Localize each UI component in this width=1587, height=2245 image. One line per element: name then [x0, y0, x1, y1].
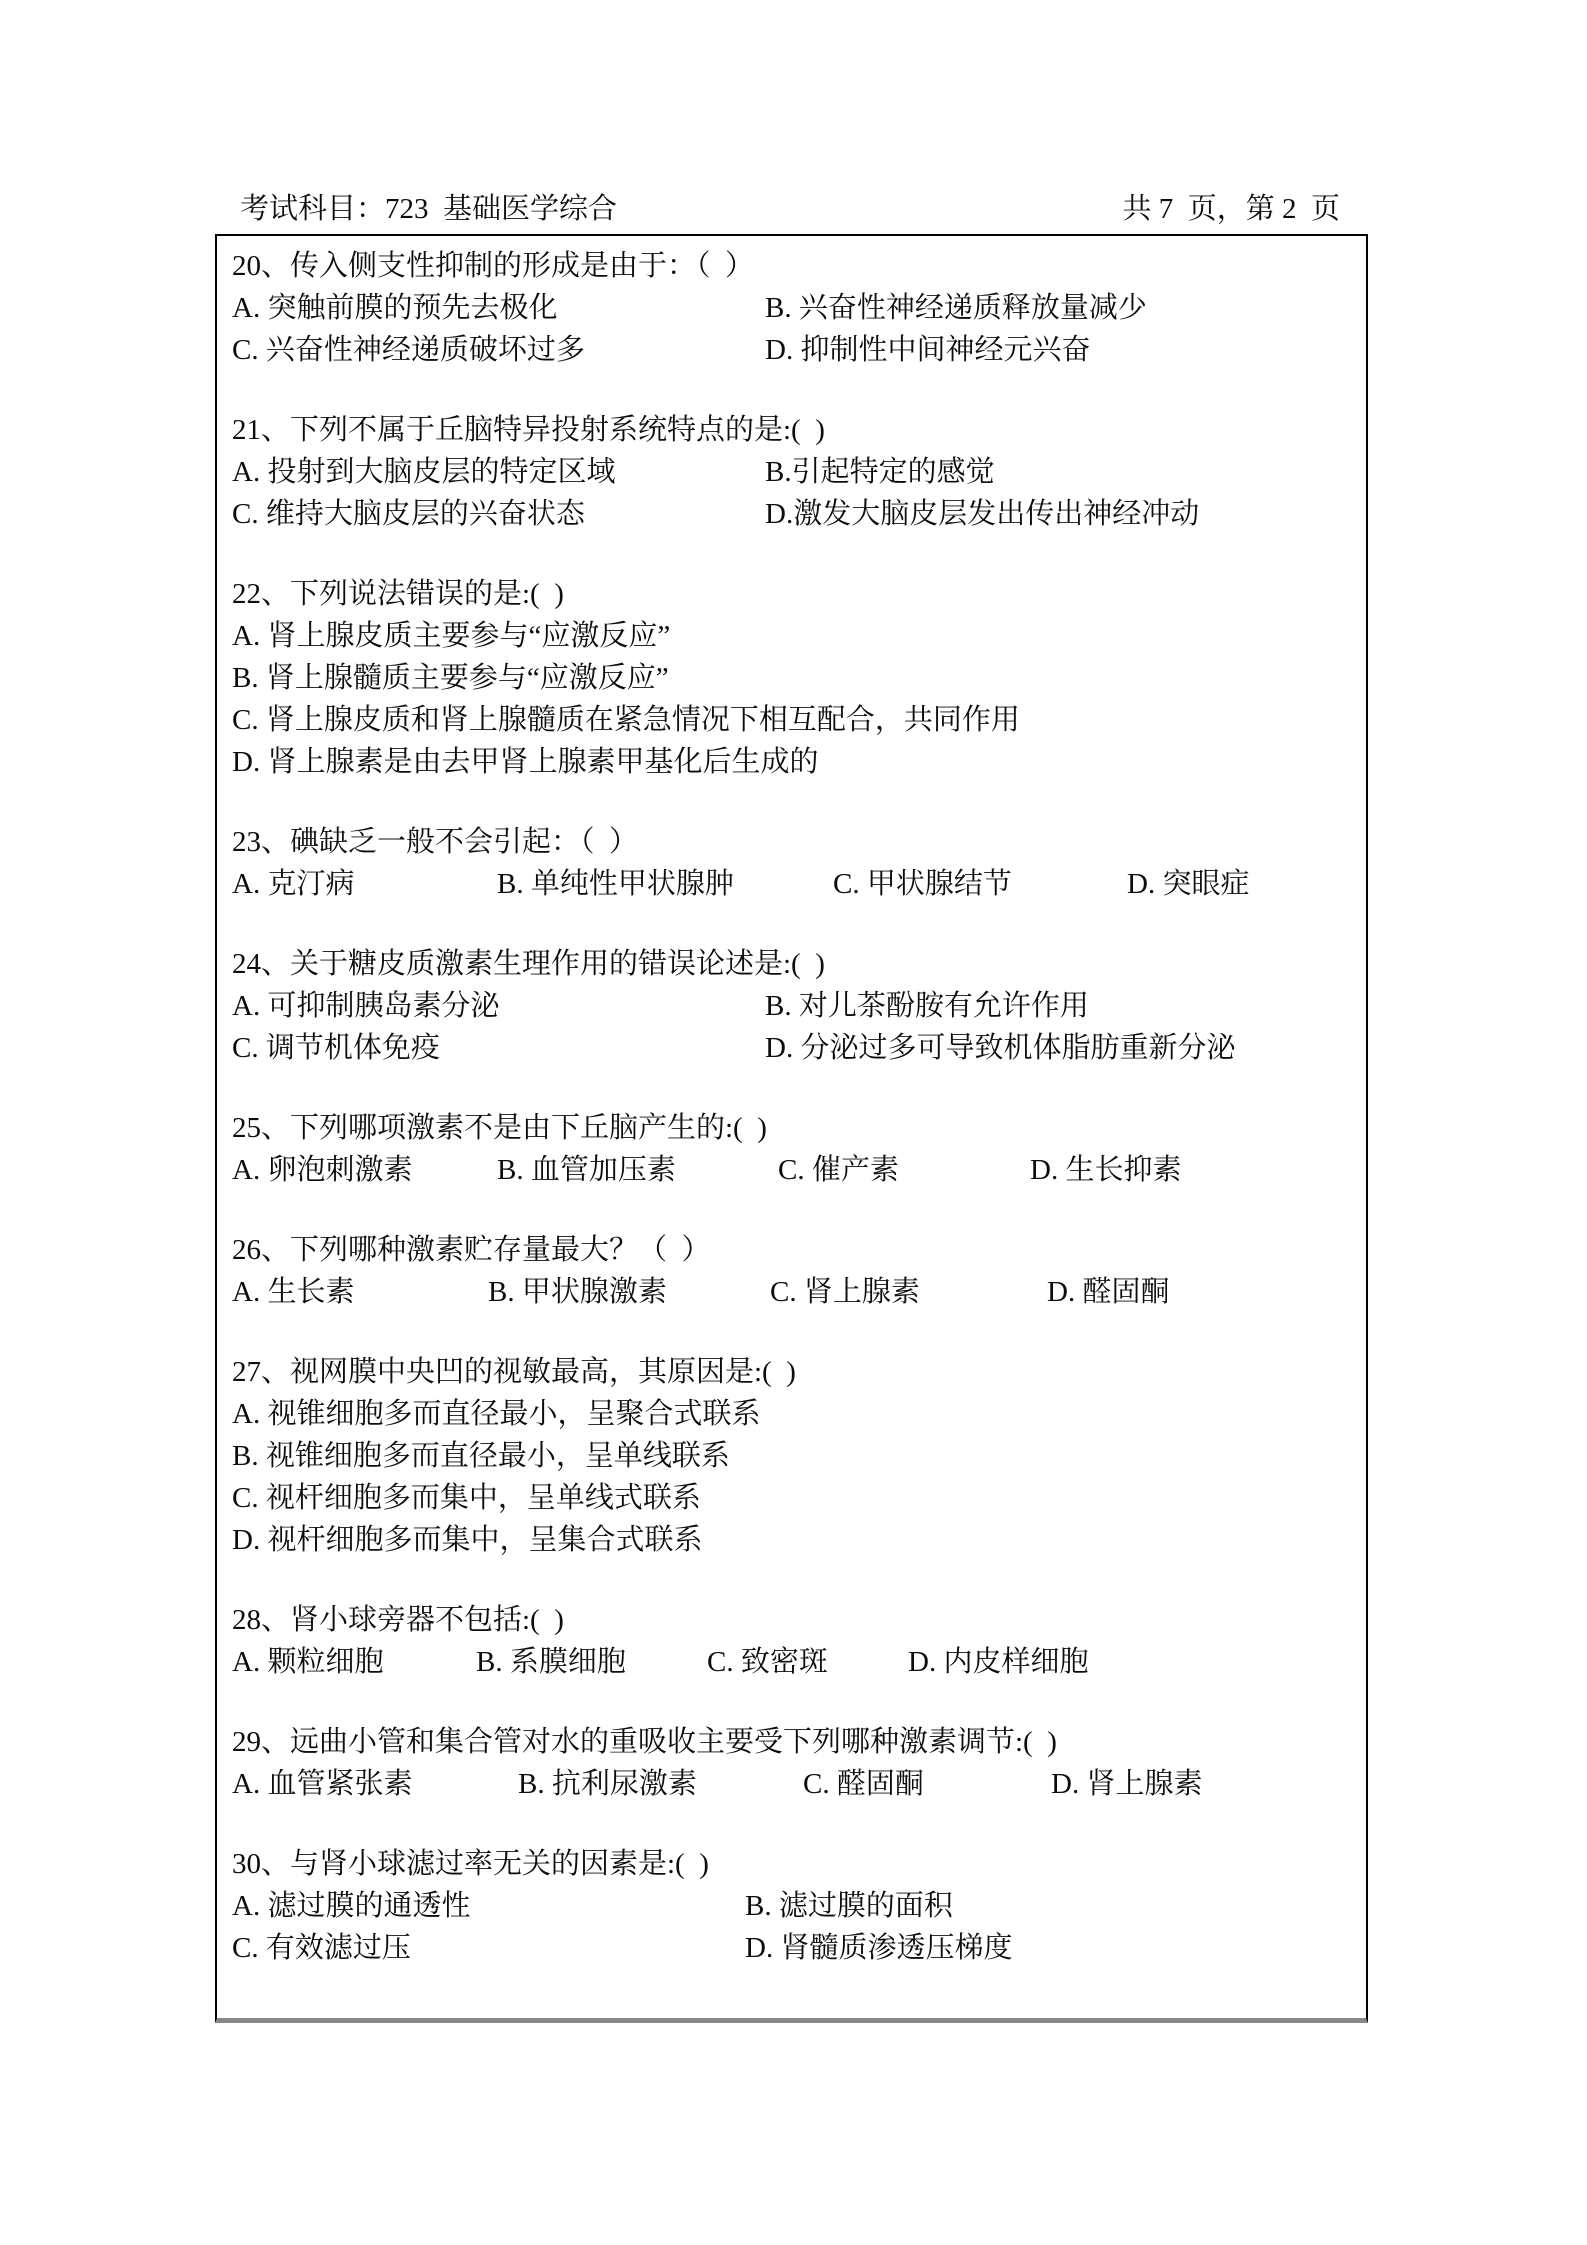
question-27-option-a: A. 视锥细胞多而直径最小，呈聚合式联系 — [217, 1393, 1366, 1435]
question-25-option-c: C. 催产素 — [778, 1149, 899, 1191]
question-26-option-b: B. 甲状腺激素 — [488, 1271, 667, 1313]
question-27-option-c: C. 视杆细胞多而集中，呈单线式联系 — [217, 1477, 1366, 1519]
question-23-option-d: D. 突眼症 — [1127, 863, 1249, 905]
question-30-stem: 30、与肾小球滤过率无关的因素是:( ) — [217, 1843, 1366, 1885]
question-21-options-row-2: C. 维持大脑皮层的兴奋状态 D.激发大脑皮层发出传出神经冲动 — [217, 493, 1366, 535]
question-27: 27、视网膜中央凹的视敏最高，其原因是:( ) A. 视锥细胞多而直径最小，呈聚… — [217, 1351, 1366, 1561]
question-26: 26、下列哪种激素贮存量最大？（ ） A. 生长素 B. 甲状腺激素 C. 肾上… — [217, 1229, 1366, 1313]
question-30-option-c: C. 有效滤过压 — [232, 1927, 411, 1969]
question-25: 25、下列哪项激素不是由下丘脑产生的:( ) A. 卵泡刺激素 B. 血管加压素… — [217, 1107, 1366, 1191]
question-25-options-row: A. 卵泡刺激素 B. 血管加压素 C. 催产素 D. 生长抑素 — [217, 1149, 1366, 1191]
question-28-option-c: C. 致密斑 — [707, 1641, 828, 1683]
question-29: 29、远曲小管和集合管对水的重吸收主要受下列哪种激素调节:( ) A. 血管紧张… — [217, 1721, 1366, 1805]
question-20-option-a: A. 突触前膜的预先去极化 — [232, 287, 557, 329]
exam-page: 考试科目：723 基础医学综合 共 7 页，第 2 页 20、传入侧支性抑制的形… — [0, 0, 1587, 2245]
question-22-option-b: B. 肾上腺髓质主要参与“应激反应” — [217, 657, 1366, 699]
question-21-options-row-1: A. 投射到大脑皮层的特定区域 B.引起特定的感觉 — [217, 451, 1366, 493]
question-23-option-b: B. 单纯性甲状腺肿 — [497, 863, 734, 905]
question-27-option-d: D. 视杆细胞多而集中，呈集合式联系 — [217, 1519, 1366, 1561]
question-29-stem: 29、远曲小管和集合管对水的重吸收主要受下列哪种激素调节:( ) — [217, 1721, 1366, 1763]
question-26-option-c: C. 肾上腺素 — [770, 1271, 920, 1313]
question-23-option-c: C. 甲状腺结节 — [833, 863, 1012, 905]
question-28-stem: 28、肾小球旁器不包括:( ) — [217, 1599, 1366, 1641]
question-30-option-b: B. 滤过膜的面积 — [745, 1885, 953, 1927]
question-22-stem: 22、下列说法错误的是:( ) — [217, 573, 1366, 615]
question-23-stem: 23、碘缺乏一般不会引起：（ ） — [217, 821, 1366, 863]
question-21-option-a: A. 投射到大脑皮层的特定区域 — [232, 451, 615, 493]
question-24-option-c: C. 调节机体免疫 — [232, 1027, 440, 1069]
question-28-options-row: A. 颗粒细胞 B. 系膜细胞 C. 致密斑 D. 内皮样细胞 — [217, 1641, 1366, 1683]
question-23-option-a: A. 克汀病 — [232, 863, 354, 905]
question-20-options-row-2: C. 兴奋性神经递质破坏过多 D. 抑制性中间神经元兴奋 — [217, 329, 1366, 371]
question-29-option-b: B. 抗利尿激素 — [518, 1763, 697, 1805]
question-30-option-a: A. 滤过膜的通透性 — [232, 1885, 470, 1927]
question-21-option-d: D.激发大脑皮层发出传出神经冲动 — [765, 493, 1199, 535]
question-24-options-row-1: A. 可抑制胰岛素分泌 B. 对儿茶酚胺有允许作用 — [217, 985, 1366, 1027]
question-20: 20、传入侧支性抑制的形成是由于：（ ） A. 突触前膜的预先去极化 B. 兴奋… — [217, 245, 1366, 371]
question-24: 24、关于糖皮质激素生理作用的错误论述是:( ) A. 可抑制胰岛素分泌 B. … — [217, 943, 1366, 1069]
question-29-option-d: D. 肾上腺素 — [1051, 1763, 1202, 1805]
question-24-stem: 24、关于糖皮质激素生理作用的错误论述是:( ) — [217, 943, 1366, 985]
question-24-option-b: B. 对儿茶酚胺有允许作用 — [765, 985, 1089, 1027]
question-29-option-a: A. 血管紧张素 — [232, 1763, 412, 1805]
question-30-options-row-2: C. 有效滤过压 D. 肾髓质渗透压梯度 — [217, 1927, 1366, 1969]
question-24-option-a: A. 可抑制胰岛素分泌 — [232, 985, 499, 1027]
question-21-option-c: C. 维持大脑皮层的兴奋状态 — [232, 493, 585, 535]
question-28-option-d: D. 内皮样细胞 — [908, 1641, 1088, 1683]
page-number-label: 共 7 页，第 2 页 — [1122, 191, 1340, 227]
question-27-stem: 27、视网膜中央凹的视敏最高，其原因是:( ) — [217, 1351, 1366, 1393]
question-23: 23、碘缺乏一般不会引起：（ ） A. 克汀病 B. 单纯性甲状腺肿 C. 甲状… — [217, 821, 1366, 905]
question-22: 22、下列说法错误的是:( ) A. 肾上腺皮质主要参与“应激反应” B. 肾上… — [217, 573, 1366, 783]
question-30: 30、与肾小球滤过率无关的因素是:( ) A. 滤过膜的通透性 B. 滤过膜的面… — [217, 1843, 1366, 1969]
question-30-options-row-1: A. 滤过膜的通透性 B. 滤过膜的面积 — [217, 1885, 1366, 1927]
exam-content-box: 20、传入侧支性抑制的形成是由于：（ ） A. 突触前膜的预先去极化 B. 兴奋… — [215, 234, 1368, 2023]
question-22-option-c: C. 肾上腺皮质和肾上腺髓质在紧急情况下相互配合，共同作用 — [217, 699, 1366, 741]
question-29-options-row: A. 血管紧张素 B. 抗利尿激素 C. 醛固酮 D. 肾上腺素 — [217, 1763, 1366, 1805]
question-21-stem: 21、下列不属于丘脑特异投射系统特点的是:( ) — [217, 409, 1366, 451]
question-22-option-a: A. 肾上腺皮质主要参与“应激反应” — [217, 615, 1366, 657]
question-29-option-c: C. 醛固酮 — [803, 1763, 924, 1805]
question-20-options-row-1: A. 突触前膜的预先去极化 B. 兴奋性神经递质释放量减少 — [217, 287, 1366, 329]
question-26-stem: 26、下列哪种激素贮存量最大？（ ） — [217, 1229, 1366, 1271]
question-28-option-b: B. 系膜细胞 — [476, 1641, 626, 1683]
question-24-option-d: D. 分泌过多可导致机体脂肪重新分泌 — [765, 1027, 1235, 1069]
question-21: 21、下列不属于丘脑特异投射系统特点的是:( ) A. 投射到大脑皮层的特定区域… — [217, 409, 1366, 535]
question-25-option-b: B. 血管加压素 — [497, 1149, 676, 1191]
question-20-option-d: D. 抑制性中间神经元兴奋 — [765, 329, 1090, 371]
question-22-option-d: D. 肾上腺素是由去甲肾上腺素甲基化后生成的 — [217, 741, 1366, 783]
question-20-stem: 20、传入侧支性抑制的形成是由于：（ ） — [217, 245, 1366, 287]
question-20-option-c: C. 兴奋性神经递质破坏过多 — [232, 329, 585, 371]
question-28-option-a: A. 颗粒细胞 — [232, 1641, 383, 1683]
question-24-options-row-2: C. 调节机体免疫 D. 分泌过多可导致机体脂肪重新分泌 — [217, 1027, 1366, 1069]
exam-subject-label: 考试科目：723 基础医学综合 — [240, 191, 617, 227]
question-23-options-row: A. 克汀病 B. 单纯性甲状腺肿 C. 甲状腺结节 D. 突眼症 — [217, 863, 1366, 905]
question-25-option-a: A. 卵泡刺激素 — [232, 1149, 412, 1191]
question-25-stem: 25、下列哪项激素不是由下丘脑产生的:( ) — [217, 1107, 1366, 1149]
question-25-option-d: D. 生长抑素 — [1030, 1149, 1181, 1191]
question-21-option-b: B.引起特定的感觉 — [765, 451, 995, 493]
question-20-option-b: B. 兴奋性神经递质释放量减少 — [765, 287, 1147, 329]
question-28: 28、肾小球旁器不包括:( ) A. 颗粒细胞 B. 系膜细胞 C. 致密斑 D… — [217, 1599, 1366, 1683]
question-27-option-b: B. 视锥细胞多而直径最小，呈单线联系 — [217, 1435, 1366, 1477]
question-26-option-a: A. 生长素 — [232, 1271, 354, 1313]
question-26-option-d: D. 醛固酮 — [1047, 1271, 1169, 1313]
question-30-option-d: D. 肾髓质渗透压梯度 — [745, 1927, 1012, 1969]
question-26-options-row: A. 生长素 B. 甲状腺激素 C. 肾上腺素 D. 醛固酮 — [217, 1271, 1366, 1313]
